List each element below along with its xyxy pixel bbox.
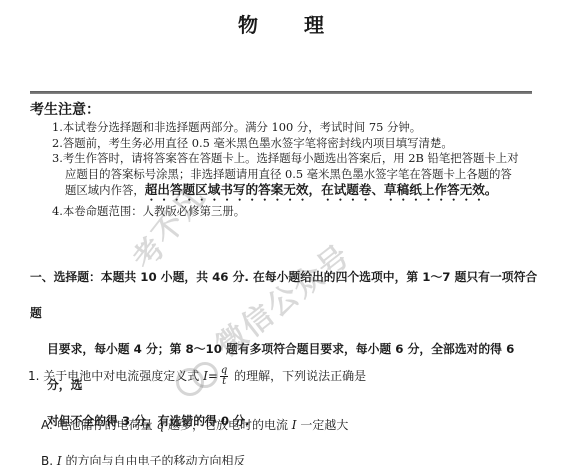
notice-item-4: 4.本卷命题范围：人教版必修第三册。: [52, 204, 542, 220]
watermark-wechat-icon-2: [192, 362, 218, 388]
option-a[interactable]: A. 电池储存的电荷量 q 越多，它放电时的电流 I 一定越大: [41, 416, 348, 433]
page-title: 物理: [0, 9, 562, 38]
notice-list: 1.本试卷分选择题和非选择题两部分。满分 100 分，考试时间 75 分钟。 2…: [52, 120, 542, 220]
notice-item-2: 2.答题前，考生务必用直径 0.5 毫米黑色墨水签字笔将密封线内项目填写清楚。: [52, 136, 542, 152]
title-char-1: 物: [238, 13, 258, 37]
notice-heading: 考生注意：: [30, 99, 100, 119]
formula-fraction: qt: [220, 366, 228, 387]
notice-item-1: 1.本试卷分选择题和非选择题两部分。满分 100 分，考试时间 75 分钟。: [52, 120, 542, 136]
option-b[interactable]: B. I 的方向与自由电子的移动方向相反: [41, 452, 245, 465]
title-char-2: 理: [304, 13, 324, 37]
header-divider: [30, 91, 532, 94]
notice-item-3: 3.考生作答时，请将答案答在答题卡上。选择题每小题选出答案后，用 2B 铅笔把答…: [52, 151, 542, 204]
emphasized-warning: 超出答题区域书写的答案无效，在试题卷、草稿纸上作答无效。: [145, 182, 498, 197]
section-instructions: 一、选择题：本题共 10 小题，共 46 分. 在每小题给出的四个选项中，第 1…: [30, 259, 540, 439]
